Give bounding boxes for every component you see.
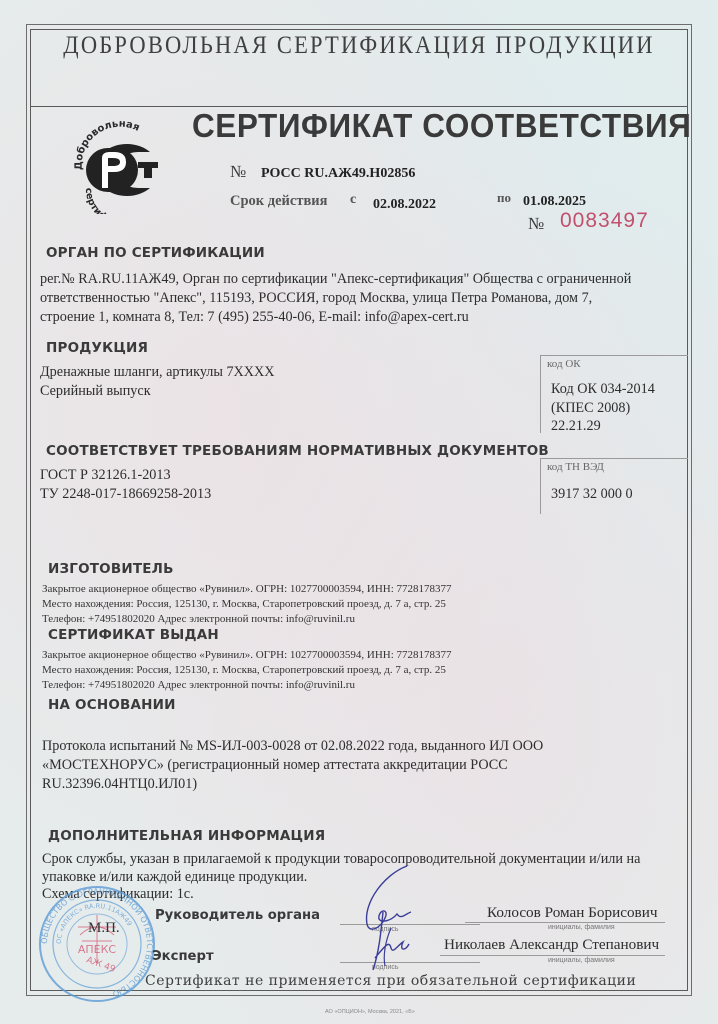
blank-number-label: №	[528, 214, 544, 234]
stamp-code-text: АЖ 49	[85, 955, 117, 975]
issued-to-line-1: Закрытое акционерное общество «Рувинил».…	[42, 648, 452, 664]
expert-role-label: Эксперт	[152, 949, 214, 964]
valid-from-date: 02.08.2022	[373, 197, 436, 213]
certification-body-text: рег.№ RA.RU.11АЖ49, Орган по сертификаци…	[40, 270, 640, 327]
head-role-label: Руководитель органа	[155, 908, 320, 923]
tnved-code-label: код ТН ВЭД	[547, 461, 604, 473]
rst-logo-icon: Добровольная сертификация	[72, 118, 168, 214]
document-category-title: ДОБРОВОЛЬНАЯ СЕРТИФИКАЦИЯ ПРОДУКЦИИ	[30, 30, 688, 59]
manufacturer-line-1: Закрытое акционерное общество «Рувинил».…	[42, 582, 452, 598]
ok-code-box: код ОК Код ОК 034-2014 (КПЕС 2008) 22.21…	[540, 355, 688, 433]
head-name-line	[465, 922, 665, 923]
ok-code-label: код ОК	[547, 358, 581, 370]
tnved-code-value: 3917 32 000 0	[551, 485, 633, 504]
validity-label: Срок действия	[230, 193, 327, 210]
issued-to-line-2: Место нахождения: Россия, 125130, г. Мос…	[42, 663, 446, 679]
head-name-hint: инициалы, фамилия	[548, 924, 615, 931]
manufacturer-line-3: Телефон: +74951802020 Адрес электронной …	[42, 612, 355, 628]
requirement-line-1: ГОСТ Р 32126.1-2013	[40, 466, 171, 485]
additional-info-heading: ДОПОЛНИТЕЛЬНАЯ ИНФОРМАЦИЯ	[48, 828, 325, 844]
handwritten-signature-icon	[345, 862, 425, 977]
number-label: №	[230, 162, 246, 182]
ok-code-line-3: 22.21.29	[551, 417, 601, 436]
blank-serial-number: 0083497	[560, 209, 649, 233]
requirement-line-2: ТУ 2248-017-18669258-2013	[40, 485, 211, 504]
basis-text: Протокола испытаний № MS-ИЛ-003-0028 от …	[42, 737, 562, 794]
stamp-place-label: М.П.	[88, 920, 120, 937]
header-divider	[30, 106, 688, 107]
valid-to-label: по	[497, 190, 511, 206]
seal-stamp-icon: ОБЩЕСТВО С ОГРАНИЧЕННОЙ ОТВЕТСТВЕННОСТЬЮ…	[38, 885, 156, 1003]
manufacturer-heading: ИЗГОТОВИТЕЛЬ	[48, 561, 174, 577]
certification-body-heading: ОРГАН ПО СЕРТИФИКАЦИИ	[46, 245, 265, 261]
tnved-code-box: код ТН ВЭД 3917 32 000 0	[540, 458, 688, 514]
requirements-heading: СООТВЕТСТВУЕТ ТРЕБОВАНИЯМ НОРМАТИВНЫХ ДО…	[46, 443, 549, 459]
ok-code-line-1: Код ОК 034-2014	[551, 380, 655, 399]
ok-code-line-2: (КПЕС 2008)	[551, 399, 630, 418]
expert-name-line	[440, 955, 665, 956]
basis-heading: НА ОСНОВАНИИ	[48, 697, 176, 713]
head-name: Колосов Роман Борисович	[487, 904, 657, 922]
stamp-center-text: АПЕКС	[78, 943, 117, 956]
manufacturer-line-2: Место нахождения: Россия, 125130, г. Мос…	[42, 597, 446, 613]
valid-to-date: 01.08.2025	[523, 194, 586, 210]
certificate-number: РОСС RU.АЖ49.Н02856	[261, 166, 415, 182]
additional-info-line-1: Срок службы, указан в прилагаемой к прод…	[42, 850, 640, 869]
product-heading: ПРОДУКЦИЯ	[46, 340, 148, 356]
certificate-title: СЕРТИФИКАТ СООТВЕТСТВИЯ	[192, 108, 691, 146]
issued-to-line-3: Телефон: +74951802020 Адрес электронной …	[42, 678, 355, 694]
printer-imprint: АО «ОПЦИОН», Москва, 2021, «Б»	[325, 1009, 415, 1015]
product-line-2: Серийный выпуск	[40, 382, 151, 401]
valid-from-label: с	[350, 192, 356, 208]
issued-to-heading: СЕРТИФИКАТ ВЫДАН	[48, 627, 219, 643]
expert-name-hint: инициалы, фамилия	[548, 957, 615, 964]
product-line-1: Дренажные шланги, артикулы 7XXXX	[40, 363, 275, 382]
expert-name: Николаев Александр Степанович	[444, 936, 659, 954]
mandatory-certification-note: Сертификат не применяется при обязательн…	[145, 973, 636, 989]
